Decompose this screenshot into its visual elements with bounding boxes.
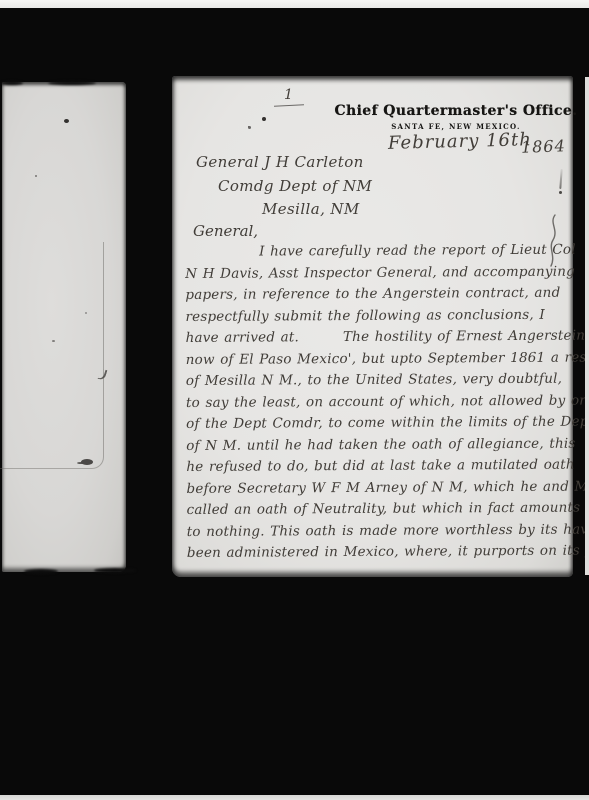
ink-speck: [85, 312, 87, 314]
letterhead: Chief Quartermaster's Office. SANTA FE, …: [316, 103, 589, 131]
letter-body-line: papers, in reference to the Angerstein c…: [185, 283, 571, 307]
page-edge-stain: [1, 81, 23, 85]
ink-speck: [262, 117, 266, 121]
letterhead-office-name: Chief Quartermaster's Office.: [316, 103, 589, 120]
letter-body-line: respectfully submit the following as con…: [185, 304, 571, 328]
scan-border-top: [0, 0, 589, 8]
letter-body-line: of the Dept Comdr, to come within the li…: [186, 412, 572, 436]
blank-facing-page: [2, 82, 126, 572]
letter-body-line: before Secretary W F M Arney of N M, whi…: [186, 476, 572, 500]
ink-speck: [248, 126, 251, 129]
handwritten-year: 1864: [521, 136, 566, 157]
ink-speck: [64, 119, 69, 123]
ink-speck: [35, 175, 37, 177]
letter-body-line: been administered in Mexico, where, it p…: [187, 541, 573, 565]
address-command: Comdg Dept of NM: [218, 177, 372, 195]
letter-body-line: of Mesilla N M., to the United States, v…: [186, 369, 572, 393]
address-recipient: General J H Carleton: [196, 153, 364, 171]
letter-page: 1 Chief Quartermaster's Office. SANTA FE…: [172, 76, 573, 577]
page-edge-stain: [94, 568, 136, 573]
letter-body-line: called an oath of Neutrality, but which …: [187, 498, 573, 522]
ink-speck: [52, 340, 55, 342]
salutation: General,: [193, 222, 258, 240]
page-edge-stain: [24, 569, 58, 574]
letter-body-line: of N M. until he had taken the oath of a…: [186, 433, 572, 457]
ink-smudge: [81, 459, 93, 465]
pressed-page-imprint: [0, 242, 104, 469]
page-number: 1: [284, 87, 293, 103]
microfilm-scan-frame: 1 Chief Quartermaster's Office. SANTA FE…: [0, 0, 589, 800]
letter-body-line: he refused to do, but did at last take a…: [186, 455, 572, 479]
pen-stroke-mark: [559, 169, 562, 189]
scan-border-bottom: [0, 795, 589, 800]
pen-mark: [97, 368, 107, 381]
address-place: Mesilla, NM: [262, 200, 360, 218]
pen-stroke-dot: [559, 191, 562, 194]
letter-body-line: now of El Paso Mexico', but upto Septemb…: [186, 347, 572, 371]
handwritten-date: February 16th: [388, 129, 532, 154]
page-edge-stain: [48, 81, 96, 85]
letterhead-location: SANTA FE, NEW MEXICO.: [316, 122, 589, 131]
underlying-page-edge: [585, 77, 589, 575]
letter-body-line: I have carefully read the report of Lieu…: [185, 240, 571, 264]
marginal-squiggle-mark: [546, 214, 562, 268]
letter-body-line: to nothing. This oath is made more worth…: [187, 519, 573, 543]
letter-body-line: N H Davis, Asst Inspector General, and a…: [185, 261, 571, 285]
letter-body-line: have arrived at. The hostility of Ernest…: [186, 326, 572, 350]
letter-body-line: to say the least, on account of which, n…: [186, 390, 572, 414]
page-number-underline: [274, 104, 304, 107]
letter-body: I have carefully read the report of Lieu…: [185, 240, 573, 565]
